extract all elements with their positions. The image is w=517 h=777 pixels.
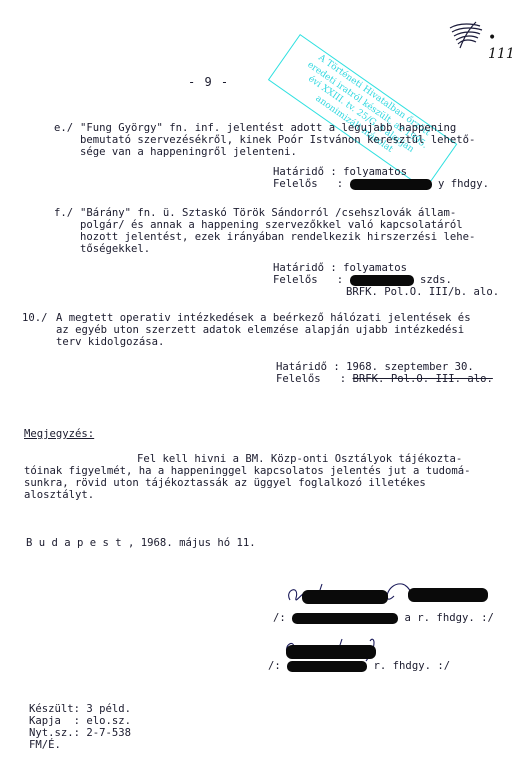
responsible-suffix: y fhdgy. [438,178,489,190]
place-date: B u d a p e s t , 1968. május hó 11. [26,537,256,549]
item-f-deadline: Határidő : folyamatos [273,262,407,274]
item-10-line: A megtett operativ intézkedések a beérke… [56,312,471,324]
item-10-line: az egyéb uton szerzett adatok elemzése a… [56,324,464,336]
footer-line: Kapja : elo.sz. [29,715,131,727]
note-line: sunkra, rövid uton tájékoztassák az üggy… [24,477,426,489]
item-10-line: terv kidolgozása. [56,336,164,348]
responsible-label: Felelős [273,178,318,190]
signature-icon [282,578,492,616]
item-e-marker: e./ [54,122,73,134]
responsible-struck: BRFK. Pol.O. III. alo. [353,373,493,385]
folio-number: • 111 [488,30,517,62]
item-f-line: polgár/ és annak a happening szervezőkke… [80,219,463,231]
note-line: alosztályt. [24,489,94,501]
responsible-label: Felelős [273,274,318,286]
signature-line-2: /: r. fhdgy. :/ [268,660,450,672]
deadline-label: Határidő [276,361,327,373]
sig-suffix: a r. fhdgy. :/ [405,612,494,624]
item-f-line: "Bárány" fn. ü. Sztaskó Török Sándorról … [80,207,456,219]
item-f-line: hozott jelentést, ezek irányában rendelk… [80,231,475,243]
item-f-unit: BRFK. Pol.O. III/b. alo. [346,286,499,298]
item-e-responsible: Felelős : y fhdgy. [273,178,489,190]
deadline-label: Határidő [273,166,324,178]
deadline-label: Határidő [273,262,324,274]
item-e-line: bemutató szervezésékről, kinek Poór Istv… [80,134,475,146]
item-e-line: "Fung György" fn. inf. jelentést adott a… [80,122,456,134]
footer-line: FM/É. [29,739,61,751]
handwritten-scribble-icon [446,20,486,50]
stamp-line: eredeti iratról készült, az 1995. [286,46,448,164]
item-f-marker: f./ [54,207,73,219]
sig-prefix: /: [268,660,281,672]
footer-line: Nyt.sz.: 2-7-538 [29,727,131,739]
signature-line-1: /: a r. fhdgy. :/ [273,612,494,624]
stamp-line: évi XXIII. tv. 25/G. § alapján [279,56,441,174]
item-10-marker: 10./ [22,312,48,324]
item-f-line: tőségekkel. [80,243,150,255]
redaction-bar [350,179,432,190]
responsible-label: Felelős [276,373,321,385]
redaction-bar [292,613,398,624]
item-e-line: sége van a happeningről jelenteni. [80,146,297,158]
responsible-suffix: szds. [420,274,452,286]
redaction-bar [350,275,414,286]
page-number: - 9 - [188,76,229,88]
item-10-deadline: Határidő : 1968. szeptember 30. [276,361,474,373]
item-f-responsible: Felelős : szds. [273,274,452,286]
redaction-bar [287,661,367,672]
note-heading: Megjegyzés: [24,428,94,440]
item-e-deadline: Határidő : folyamatos [273,166,407,178]
footer-line: Készült: 3 péld. [29,703,131,715]
deadline-value: folyamatos [343,262,407,274]
sig-suffix: r. fhdgy. :/ [374,660,451,672]
sig-prefix: /: [273,612,286,624]
item-10-responsible: Felelős : BRFK. Pol.O. III. alo. [276,373,493,385]
signature-icon [282,635,392,663]
deadline-value: folyamatos [343,166,407,178]
deadline-value: 1968. szeptember 30. [346,361,474,373]
note-line: tóinak figyelmét, ha a happeninggel kapc… [24,465,470,477]
note-line: Fel kell hivni a BM. Közp-onti Osztályok… [137,453,462,465]
